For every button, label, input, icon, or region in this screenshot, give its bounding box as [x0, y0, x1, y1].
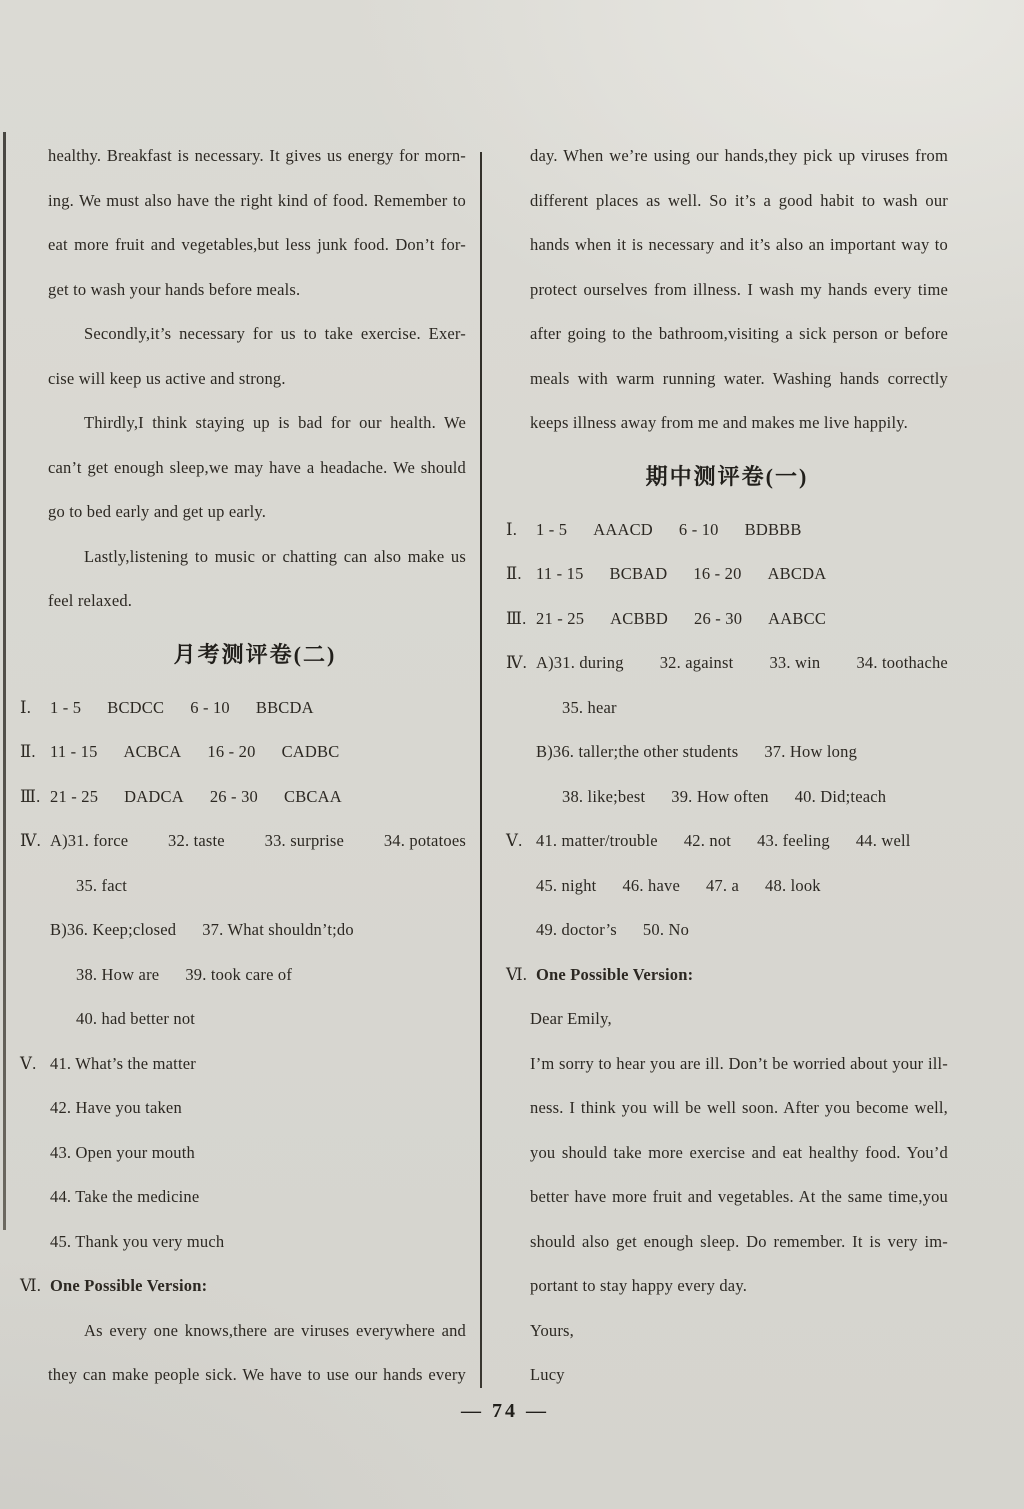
answer-row: Ⅴ.41. matter/trouble42. not43. feeling44… — [506, 819, 948, 864]
answer-item: BCBAD — [610, 564, 668, 583]
answer-item: CBCAA — [284, 787, 342, 806]
text-line: Secondly,it’s necessary for us to take e… — [48, 312, 466, 357]
answer-item: 16 - 20 — [207, 742, 255, 761]
answer-item: One Possible Version: — [536, 965, 693, 984]
answer-items: 38. How are39. took care of — [76, 953, 466, 998]
answer-item: 40. Did;teach — [795, 787, 887, 806]
text-line: As every one knows,there are viruses eve… — [48, 1309, 466, 1354]
page-number: — 74 — — [0, 1400, 1010, 1423]
answer-items: B)36. Keep;closed37. What shouldn’t;do — [50, 908, 466, 953]
answer-row: 38. like;best39. How often40. Did;teach — [506, 775, 948, 820]
answer-items: 44. Take the medicine — [50, 1175, 466, 1220]
answer-item: 1 - 5 — [536, 520, 567, 539]
answer-item: AAACD — [593, 520, 653, 539]
answer-item: B)36. Keep;closed — [50, 920, 176, 939]
text-line: get to wash your hands before meals. — [48, 268, 466, 313]
answer-item: 46. have — [622, 876, 680, 895]
text-line: portant to stay happy every day. — [530, 1264, 948, 1309]
answer-item: 41. matter/trouble — [536, 831, 658, 850]
answer-item: 34. potatoes — [384, 819, 466, 864]
answer-items: 41. matter/trouble42. not43. feeling44. … — [536, 819, 948, 864]
answer-item: 40. had better not — [76, 1009, 195, 1028]
text-line: Lastly,listening to music or chatting ca… — [48, 535, 466, 580]
right-section-title: 期中测评卷(一) — [506, 446, 948, 508]
answer-item: 37. How long — [764, 742, 857, 761]
answer-item: 44. well — [856, 831, 911, 850]
answer-row: Ⅲ.21 - 25DADCA26 - 30CBCAA — [20, 775, 466, 820]
text-line: after going to the bathroom,visiting a s… — [530, 312, 948, 357]
answer-item: 21 - 25 — [50, 787, 98, 806]
text-line: Thirdly,I think staying up is bad for ou… — [48, 401, 466, 446]
answer-prefix: Ⅱ. — [20, 730, 50, 775]
answer-item: 38. How are — [76, 965, 159, 984]
answer-item: 41. What’s the matter — [50, 1054, 196, 1073]
left-section-title: 月考测评卷(二) — [32, 624, 478, 686]
answer-item: 39. took care of — [185, 965, 292, 984]
text-line: ness. I think you will be well soon. Aft… — [530, 1086, 948, 1131]
answer-item: 32. taste — [168, 819, 225, 864]
answer-items: 41. What’s the matter — [50, 1042, 466, 1087]
answer-item: ACBCA — [124, 742, 182, 761]
answer-row: Ⅱ.11 - 15BCBAD16 - 20ABCDA — [506, 552, 948, 597]
answer-items: 21 - 25ACBBD26 - 30AABCC — [536, 597, 948, 642]
text-line: hands when it is necessary and it’s also… — [530, 223, 948, 268]
letter-salutation: Dear Emily, — [530, 997, 948, 1042]
left-column: healthy. Breakfast is necessary. It give… — [20, 0, 466, 1398]
left-answer-key: Ⅰ.1 - 5BCDCC6 - 10BBCDAⅡ.11 - 15ACBCA16 … — [20, 686, 466, 1309]
answer-item: BCDCC — [107, 698, 164, 717]
text-line: feel relaxed. — [48, 579, 466, 624]
answer-item: 33. surprise — [265, 819, 344, 864]
answer-items: 38. like;best39. How often40. Did;teach — [562, 775, 948, 820]
answer-item: 39. How often — [671, 787, 768, 806]
column-divider-rule — [480, 152, 482, 1388]
answer-row: 45. Thank you very much — [20, 1220, 466, 1265]
answer-item: 45. night — [536, 876, 596, 895]
answer-row: 42. Have you taken — [20, 1086, 466, 1131]
left-essay-continuation: As every one knows,there are viruses eve… — [20, 1309, 466, 1398]
answer-row: 35. fact — [20, 864, 466, 909]
answer-item: 16 - 20 — [693, 564, 741, 583]
answer-items: One Possible Version: — [50, 1264, 466, 1309]
answer-row: Ⅲ.21 - 25ACBBD26 - 30AABCC — [506, 597, 948, 642]
answer-item: 26 - 30 — [694, 609, 742, 628]
answer-items: 45. Thank you very much — [50, 1220, 466, 1265]
answer-prefix: Ⅲ. — [506, 597, 536, 642]
answer-row: Ⅵ.One Possible Version: — [506, 953, 948, 998]
right-column: day. When we’re using our hands,they pic… — [506, 0, 948, 1398]
answer-row: 43. Open your mouth — [20, 1131, 466, 1176]
answer-row: B)36. Keep;closed37. What shouldn’t;do — [20, 908, 466, 953]
answer-item: 48. look — [765, 876, 821, 895]
answer-row: Ⅰ.1 - 5AAACD6 - 10BDBBB — [506, 508, 948, 553]
answer-item: One Possible Version: — [50, 1276, 207, 1295]
model-letter: Dear Emily, I’m sorry to hear you are il… — [506, 997, 948, 1398]
right-essay-paragraphs: day. When we’re using our hands,they pic… — [506, 134, 948, 446]
answer-items: 45. night46. have47. a48. look — [536, 864, 948, 909]
answer-item: 33. win — [769, 641, 820, 686]
answer-item: 44. Take the medicine — [50, 1187, 199, 1206]
text-line: you should take more exercise and eat he… — [530, 1131, 948, 1176]
answer-row: 44. Take the medicine — [20, 1175, 466, 1220]
answer-item: AABCC — [768, 609, 826, 628]
answer-items: 35. fact — [76, 864, 466, 909]
answer-item: 35. hear — [562, 698, 617, 717]
answer-row: 35. hear — [506, 686, 948, 731]
answer-item: CADBC — [282, 742, 340, 761]
answer-item: B)36. taller;the other students — [536, 742, 738, 761]
answer-prefix: Ⅱ. — [506, 552, 536, 597]
answer-prefix: Ⅰ. — [20, 686, 50, 731]
letter-signature: Lucy — [530, 1353, 948, 1398]
text-line: can’t get enough sleep,we may have a hea… — [48, 446, 466, 491]
answer-item: 45. Thank you very much — [50, 1232, 224, 1251]
answer-row: 45. night46. have47. a48. look — [506, 864, 948, 909]
answer-items: 21 - 25DADCA26 - 30CBCAA — [50, 775, 466, 820]
answer-row: Ⅱ.11 - 15ACBCA16 - 20CADBC — [20, 730, 466, 775]
text-line: different places as well. So it’s a good… — [530, 179, 948, 224]
answer-prefix: Ⅵ. — [506, 953, 536, 998]
text-line: cise will keep us active and strong. — [48, 357, 466, 402]
answer-row: Ⅳ.A)31. force32. taste33. surprise34. po… — [20, 819, 466, 864]
answer-item: 49. doctor’s — [536, 920, 617, 939]
answer-items: 40. had better not — [76, 997, 466, 1042]
answer-items: 49. doctor’s50. No — [536, 908, 948, 953]
text-line: keeps illness away from me and makes me … — [530, 401, 948, 446]
answer-row: 49. doctor’s50. No — [506, 908, 948, 953]
answer-prefix: Ⅲ. — [20, 775, 50, 820]
answer-prefix: Ⅵ. — [20, 1264, 50, 1309]
answer-item: 38. like;best — [562, 787, 645, 806]
answer-item: 42. Have you taken — [50, 1098, 182, 1117]
answer-items: A)31. force32. taste33. surprise34. pota… — [50, 819, 466, 864]
text-line: meals with warm running water. Washing h… — [530, 357, 948, 402]
text-line: go to bed early and get up early. — [48, 490, 466, 535]
scanned-answer-page: healthy. Breakfast is necessary. It give… — [0, 0, 1024, 1509]
answer-item: A)31. force — [50, 819, 128, 864]
text-line: should also get enough sleep. Do remembe… — [530, 1220, 948, 1265]
answer-prefix: Ⅴ. — [506, 819, 536, 864]
left-essay-paragraphs: healthy. Breakfast is necessary. It give… — [20, 134, 466, 624]
text-line: day. When we’re using our hands,they pic… — [530, 134, 948, 179]
answer-items: 1 - 5BCDCC6 - 10BBCDA — [50, 686, 466, 731]
answer-row: 38. How are39. took care of — [20, 953, 466, 998]
text-line: I’m sorry to hear you are ill. Don’t be … — [530, 1042, 948, 1087]
answer-item: 43. Open your mouth — [50, 1143, 195, 1162]
text-line: eat more fruit and vegetables,but less j… — [48, 223, 466, 268]
answer-item: 21 - 25 — [536, 609, 584, 628]
answer-item: 32. against — [660, 641, 734, 686]
right-answer-key: Ⅰ.1 - 5AAACD6 - 10BDBBBⅡ.11 - 15BCBAD16 … — [506, 508, 948, 998]
answer-item: 37. What shouldn’t;do — [202, 920, 354, 939]
answer-item: ACBBD — [610, 609, 668, 628]
answer-prefix: Ⅳ. — [506, 641, 536, 686]
answer-prefix: Ⅴ. — [20, 1042, 50, 1087]
answer-item: 47. a — [706, 876, 739, 895]
answer-item: 1 - 5 — [50, 698, 81, 717]
answer-item: 6 - 10 — [190, 698, 230, 717]
text-line: better have more fruit and vegetables. A… — [530, 1175, 948, 1220]
answer-items: A)31. during32. against33. win34. tootha… — [536, 641, 948, 686]
answer-items: 43. Open your mouth — [50, 1131, 466, 1176]
answer-items: 11 - 15BCBAD16 - 20ABCDA — [536, 552, 948, 597]
answer-item: 35. fact — [76, 876, 127, 895]
answer-prefix: Ⅳ. — [20, 819, 50, 864]
scan-edge-artifact — [3, 132, 6, 1230]
answer-items: One Possible Version: — [536, 953, 948, 998]
answer-row: 40. had better not — [20, 997, 466, 1042]
answer-item: 50. No — [643, 920, 689, 939]
answer-item: 11 - 15 — [50, 742, 98, 761]
answer-item: BDBBB — [745, 520, 802, 539]
answer-item: 26 - 30 — [210, 787, 258, 806]
answer-items: 11 - 15ACBCA16 - 20CADBC — [50, 730, 466, 775]
answer-item: 43. feeling — [757, 831, 830, 850]
answer-item: 11 - 15 — [536, 564, 584, 583]
text-line: protect ourselves from illness. I wash m… — [530, 268, 948, 313]
letter-body: I’m sorry to hear you are ill. Don’t be … — [530, 1042, 948, 1309]
text-line: ing. We must also have the right kind of… — [48, 179, 466, 224]
answer-item: 6 - 10 — [679, 520, 719, 539]
text-line: they can make people sick. We have to us… — [48, 1353, 466, 1398]
answer-row: Ⅴ.41. What’s the matter — [20, 1042, 466, 1087]
answer-row: Ⅵ.One Possible Version: — [20, 1264, 466, 1309]
answer-item: DADCA — [124, 787, 184, 806]
answer-item: 42. not — [684, 831, 731, 850]
answer-prefix: Ⅰ. — [506, 508, 536, 553]
answer-items: 35. hear — [562, 686, 948, 731]
answer-item: BBCDA — [256, 698, 314, 717]
answer-item: A)31. during — [536, 641, 624, 686]
answer-row: Ⅰ.1 - 5BCDCC6 - 10BBCDA — [20, 686, 466, 731]
answer-item: 34. toothache — [856, 641, 948, 686]
answer-item: ABCDA — [768, 564, 827, 583]
answer-row: B)36. taller;the other students37. How l… — [506, 730, 948, 775]
answer-items: 1 - 5AAACD6 - 10BDBBB — [536, 508, 948, 553]
answer-items: 42. Have you taken — [50, 1086, 466, 1131]
answer-items: B)36. taller;the other students37. How l… — [536, 730, 948, 775]
answer-row: Ⅳ.A)31. during32. against33. win34. toot… — [506, 641, 948, 686]
text-line: healthy. Breakfast is necessary. It give… — [48, 134, 466, 179]
letter-closing: Yours, — [530, 1309, 948, 1354]
